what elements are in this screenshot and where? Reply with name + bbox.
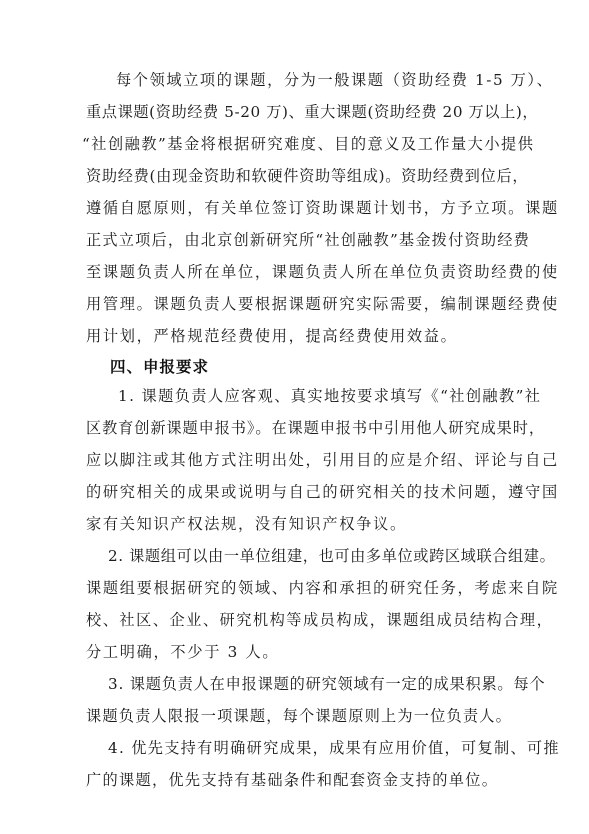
text-line: 正式立项后，由北京创新研究所“社创融教”基金拨付资助经费: [86, 230, 510, 250]
text-line: 家有关知识产权法规，没有知识产权争议。: [86, 514, 510, 534]
text-line: “社创融教”基金将根据研究难度、目的意义及工作量大小提供: [82, 134, 506, 154]
text-line: 重点课题(资助经费 5-20 万)、重大课题(资助经费 20 万以上)，: [86, 102, 510, 122]
text-line: 区教育创新课题申报书》。在课题申报书中引用他人研究成果时，: [86, 418, 510, 438]
text-line: 1. 课题负责人应客观、真实地按要求填写《“社创融教”社: [118, 386, 510, 406]
text-line: 广的课题，优先支持有基础条件和配套资金支持的单位。: [86, 770, 510, 790]
text-line: 课题组要根据研究的领域、内容和承担的研究任务，考虑来自院: [86, 578, 510, 598]
page-number: 5: [289, 780, 293, 789]
text-line: 至课题负责人所在单位，课题负责人所在单位负责资助经费的使: [86, 262, 510, 282]
document-page: 每个领域立项的课题，分为一般课题（资助经费 1-5 万）、 重点课题(资助经费 …: [0, 0, 589, 834]
text-line: 的研究相关的成果或说明与自己的研究相关的技术问题，遵守国: [86, 482, 510, 502]
section-heading: 四、申报要求: [110, 357, 209, 377]
text-line: 3. 课题负责人在申报课题的研究领域有一定的成果积累。每个: [108, 674, 510, 694]
text-line: 应以脚注或其他方式注明出处，引用目的应是介绍、评论与自己: [86, 450, 510, 470]
text-line: 每个领域立项的课题，分为一般课题（资助经费 1-5 万）、: [116, 70, 510, 90]
text-line: 用管理。课题负责人要根据课题研究实际需要，编制课题经费使: [86, 294, 510, 314]
text-line: 资助经费(由现金资助和软硬件资助等组成)。资助经费到位后，: [86, 166, 510, 186]
text-line: 4. 优先支持有明确研究成果，成果有应用价值，可复制、可推: [108, 738, 510, 758]
text-line: 分工明确，不少于 3 人。: [86, 642, 510, 662]
text-line: 用计划，严格规范经费使用，提高经费使用效益。: [86, 326, 510, 346]
text-line: 遵循自愿原则，有关单位签订资助课题计划书，方予立项。课题: [86, 198, 510, 218]
text-line: 校、社区、企业、研究机构等成员构成，课题组成员结构合理，: [86, 610, 510, 630]
text-line: 2. 课题组可以由一单位组建，也可由多单位或跨区域联合组建。: [108, 546, 510, 566]
text-line: 课题负责人限报一项课题，每个课题原则上为一位负责人。: [86, 706, 510, 726]
